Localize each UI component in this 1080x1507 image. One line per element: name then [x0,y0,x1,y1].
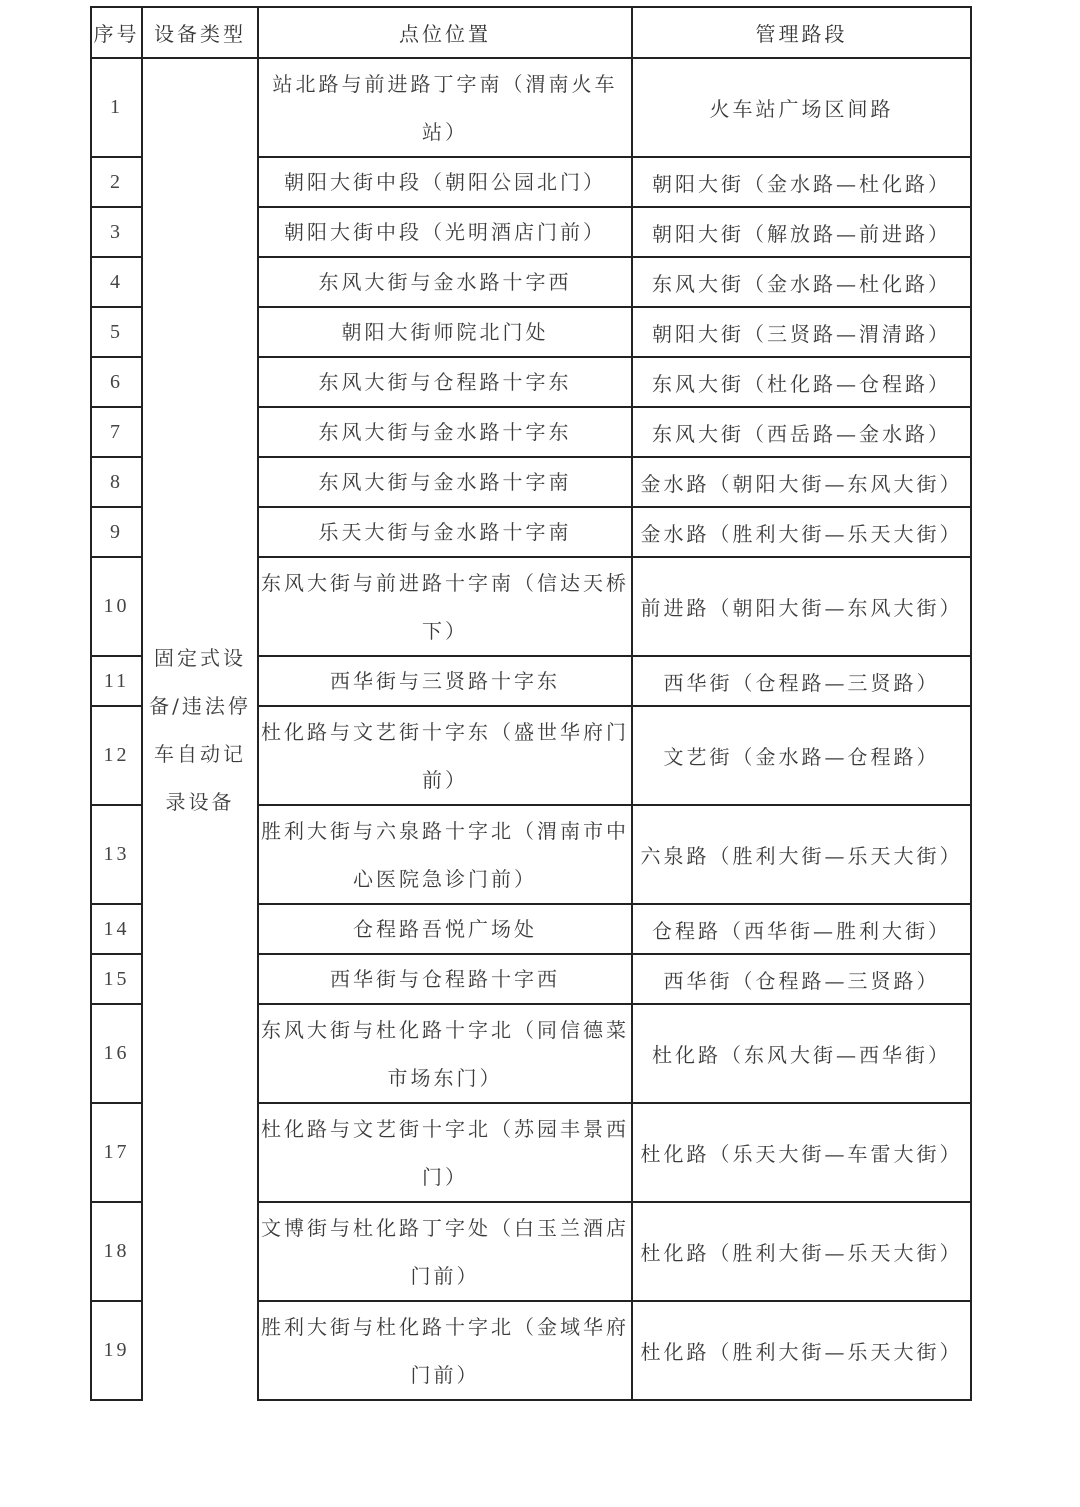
header-index: 序号 [91,7,142,58]
row-road-section: 东风大街（杜化路—仓程路） [632,357,971,407]
row-road-section: 仓程路（西华街—胜利大街） [632,904,971,954]
row-road-section: 东风大街（金水路—杜化路） [632,257,971,307]
row-location: 仓程路吾悦广场处 [258,904,632,954]
row-index: 6 [91,357,142,407]
header-device-type: 设备类型 [142,7,258,58]
row-road-section: 西华街（仓程路—三贤路） [632,954,971,1004]
row-road-section: 金水路（朝阳大街—东风大街） [632,457,971,507]
row-index: 13 [91,805,142,904]
table-header-row: 序号 设备类型 点位位置 管理路段 [91,7,971,58]
row-road-section: 前进路（朝阳大街—东风大街） [632,557,971,656]
row-road-section: 金水路（胜利大街—乐天大街） [632,507,971,557]
row-index: 3 [91,207,142,257]
row-index: 10 [91,557,142,656]
device-type-cell: 固定式设备/违法停车自动记录设备 [142,58,258,1400]
row-location: 朝阳大街中段（朝阳公园北门） [258,157,632,207]
row-location: 东风大街与杜化路十字北（同信德菜市场东门） [258,1004,632,1103]
row-location: 胜利大街与杜化路十字北（金域华府门前） [258,1301,632,1400]
row-index: 14 [91,904,142,954]
row-road-section: 朝阳大街（金水路—杜化路） [632,157,971,207]
row-location: 文博街与杜化路丁字处（白玉兰酒店门前） [258,1202,632,1301]
row-road-section: 杜化路（胜利大街—乐天大街） [632,1301,971,1400]
row-index: 15 [91,954,142,1004]
row-location: 乐天大街与金水路十字南 [258,507,632,557]
header-road-section: 管理路段 [632,7,971,58]
row-location: 东风大街与前进路十字南（信达天桥下） [258,557,632,656]
row-road-section: 朝阳大街（解放路—前进路） [632,207,971,257]
row-location: 东风大街与金水路十字东 [258,407,632,457]
row-index: 2 [91,157,142,207]
device-location-table: 序号 设备类型 点位位置 管理路段 1 固定式设备/违法停车自动记录设备 站北路… [90,6,972,1401]
row-index: 18 [91,1202,142,1301]
row-road-section: 东风大街（西岳路—金水路） [632,407,971,457]
row-index: 16 [91,1004,142,1103]
row-index: 19 [91,1301,142,1400]
row-index: 7 [91,407,142,457]
row-road-section: 六泉路（胜利大街—乐天大街） [632,805,971,904]
row-road-section: 杜化路（乐天大街—车雷大街） [632,1103,971,1202]
row-road-section: 杜化路（胜利大街—乐天大街） [632,1202,971,1301]
row-location: 东风大街与金水路十字西 [258,257,632,307]
row-location: 东风大街与仓程路十字东 [258,357,632,407]
row-location: 东风大街与金水路十字南 [258,457,632,507]
row-location: 朝阳大街中段（光明酒店门前） [258,207,632,257]
row-location: 杜化路与文艺街十字东（盛世华府门前） [258,706,632,805]
row-road-section: 火车站广场区间路 [632,58,971,157]
row-road-section: 文艺街（金水路—仓程路） [632,706,971,805]
row-location: 朝阳大街师院北门处 [258,307,632,357]
row-road-section: 西华街（仓程路—三贤路） [632,656,971,706]
row-location: 胜利大街与六泉路十字北（渭南市中心医院急诊门前） [258,805,632,904]
row-location: 站北路与前进路丁字南（渭南火车站） [258,58,632,157]
table-row: 1 固定式设备/违法停车自动记录设备 站北路与前进路丁字南（渭南火车站） 火车站… [91,58,971,157]
row-location: 西华街与三贤路十字东 [258,656,632,706]
row-index: 11 [91,656,142,706]
row-index: 8 [91,457,142,507]
row-location: 杜化路与文艺街十字北（苏园丰景西门） [258,1103,632,1202]
row-index: 4 [91,257,142,307]
row-location: 西华街与仓程路十字西 [258,954,632,1004]
row-index: 9 [91,507,142,557]
row-road-section: 杜化路（东风大街—西华街） [632,1004,971,1103]
row-index: 17 [91,1103,142,1202]
row-index: 5 [91,307,142,357]
row-road-section: 朝阳大街（三贤路—渭清路） [632,307,971,357]
row-index: 12 [91,706,142,805]
header-location: 点位位置 [258,7,632,58]
row-index: 1 [91,58,142,157]
